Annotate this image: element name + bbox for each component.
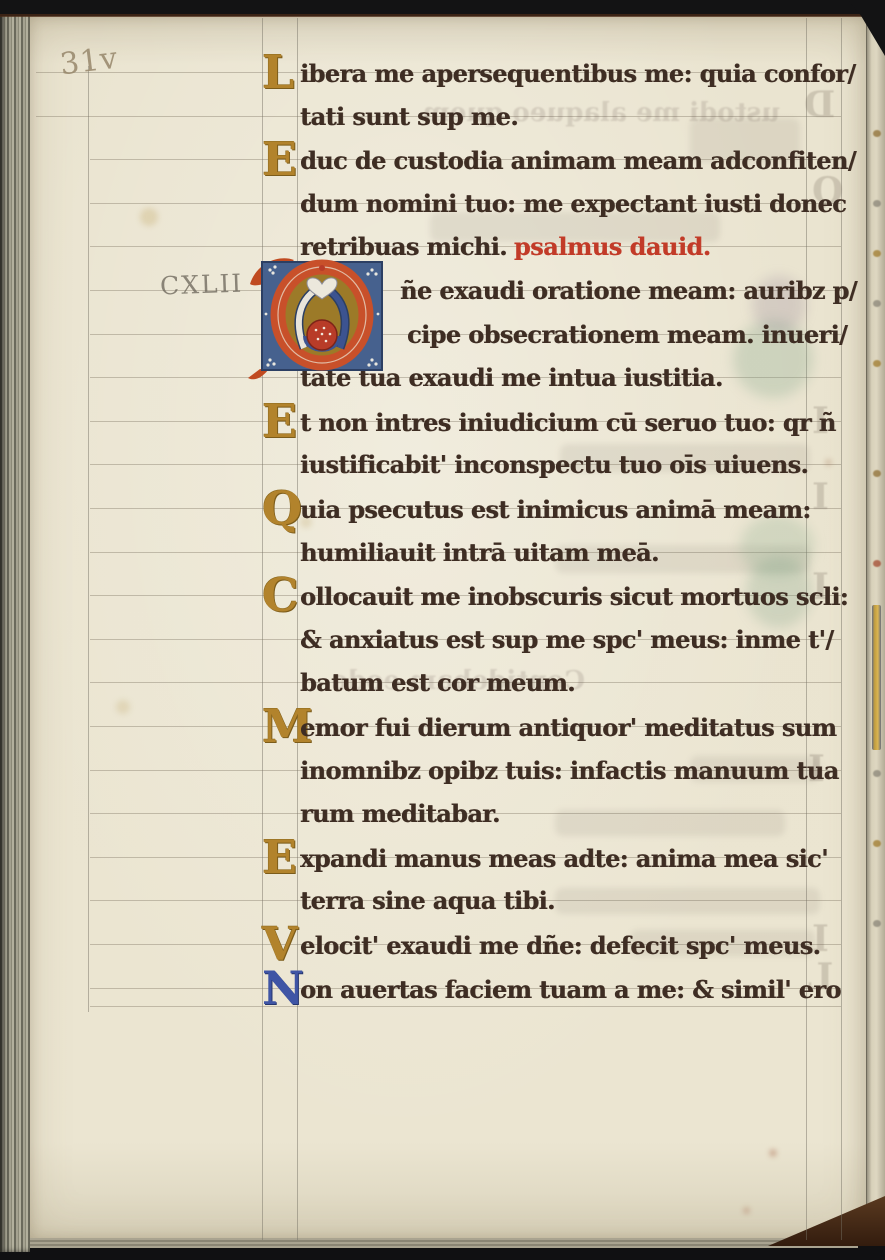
page-top-edge-shadow (0, 14, 885, 17)
verse-line: Libera me apersequentibus me: quia confo… (262, 57, 855, 99)
verse-text: & anxiatus est sup me spc' meus: inme t'… (300, 625, 833, 654)
versal-initial: Q (262, 493, 300, 523)
verse-text: inomnibz opibz tuis: infactis manuum tua (300, 756, 839, 785)
parchment-stain (140, 208, 158, 226)
versal-initial: E (262, 144, 300, 174)
fore-edge-decoration (873, 250, 881, 257)
verse-text: ollocauit me inobscuris sicut mortuos sc… (300, 582, 848, 611)
fore-edge-decoration (873, 300, 881, 307)
verse-text: ñe exaudi oratione meam: auribz p/ (400, 276, 857, 305)
verse-line: terra sine aqua tibi. (300, 885, 555, 927)
verse-line: Educ de custodia animam meam adconfiten/ (262, 144, 856, 186)
book-bottom-page-stack (30, 1238, 858, 1248)
fore-edge-decoration (873, 130, 881, 137)
verse-text: batum est cor meum. (300, 668, 575, 697)
verse-line: iustificabit' inconspectu tuo oīs uiuens… (300, 449, 808, 491)
versal-initial: M (262, 711, 300, 741)
verse-line: humiliauit intrā uitam meā. (300, 537, 659, 579)
fore-edge-decoration (873, 470, 881, 477)
verse-line: rum meditabar. (300, 798, 500, 840)
psalm-number-annotation: CXLII (160, 269, 244, 301)
verse-line: dum nomini tuo: me expectant iusti donec (300, 188, 846, 230)
versal-initial: E (262, 842, 300, 872)
versal-initial: E (262, 406, 300, 436)
verse-line: tati sunt sup me. (300, 101, 518, 143)
verse-line: Et non intres iniudicium cū seruo tuo: q… (262, 406, 836, 448)
verse-line: Non auertas faciem tuam a me: & simil' e… (262, 973, 841, 1015)
ghost-letter: I (812, 476, 829, 518)
fore-edge-decoration (873, 920, 881, 927)
verse-line: cipe obsecrationem meam. inueri/ (407, 319, 847, 361)
verse-line: & anxiatus est sup me spc' meus: inme t'… (300, 624, 833, 666)
rubric: psalmus dauid. (514, 232, 711, 261)
verse-text: tati sunt sup me. (300, 102, 518, 131)
versal-initial: L (262, 57, 300, 87)
verse-text: duc de custodia animam meam adconfiten/ (300, 146, 856, 175)
versal-initial: C (262, 580, 300, 610)
verse-line: Velocit' exaudi me dñe: defecit spc' meu… (262, 929, 820, 971)
verse-text: uia psecutus est inimicus animā meam: (300, 495, 811, 524)
verse-line: Memor fui dierum antiquor' meditatus sum (262, 711, 836, 753)
parchment-stain (116, 700, 130, 714)
parchment-stain (826, 460, 831, 465)
verse-text: dum nomini tuo: me expectant iusti donec (300, 189, 846, 218)
ruled-line-vertical (262, 18, 263, 1240)
versal-initial: N (262, 973, 300, 1003)
verse-line: Expandi manus meas adte: anima mea sic' (262, 842, 828, 884)
verse-text: xpandi manus meas adte: anima mea sic' (300, 844, 828, 873)
fore-edge-decoration (873, 200, 881, 207)
fore-edge-decoration (873, 770, 881, 777)
parchment-stain (744, 1208, 749, 1213)
verse-text: emor fui dierum antiquor' meditatus sum (300, 713, 836, 742)
next-page-gold-decoration (872, 605, 881, 750)
ruled-line-vertical (88, 66, 89, 1012)
verse-text: terra sine aqua tibi. (300, 886, 555, 915)
ghost-smudge (555, 888, 820, 914)
fore-edge-decoration (873, 840, 881, 847)
manuscript-photo: ustodi me alaqueo quemContidebam eodeDQI… (0, 0, 885, 1260)
book-left-page-stack (0, 8, 30, 1252)
verse-text: iustificabit' inconspectu tuo oīs uiuens… (300, 450, 808, 479)
ruled-line-vertical (297, 18, 298, 1240)
verse-line: ñe exaudi oratione meam: auribz p/ (400, 275, 857, 317)
verse-line: Collocauit me inobscuris sicut mortuos s… (262, 580, 848, 622)
verse-text: elocit' exaudi me dñe: defecit spc' meus… (300, 931, 820, 960)
illuminated-initial-d (248, 252, 396, 382)
versal-initial: V (262, 929, 300, 959)
verse-text: ibera me apersequentibus me: quia confor… (300, 59, 855, 88)
verse-line: inomnibz opibz tuis: infactis manuum tua (300, 755, 839, 797)
verse-text: rum meditabar. (300, 799, 500, 828)
verse-text: t non intres iniudicium cū seruo tuo: qr… (300, 408, 836, 437)
ghost-smudge (555, 810, 785, 836)
verse-line: Quia psecutus est inimicus animā meam: (262, 493, 811, 535)
verse-text: on auertas faciem tuam a me: & simil' er… (300, 975, 841, 1004)
fore-edge-decoration (873, 560, 881, 567)
fore-edge-decoration (873, 360, 881, 367)
verse-text: cipe obsecrationem meam. inueri/ (407, 320, 847, 349)
verse-text: humiliauit intrā uitam meā. (300, 538, 659, 567)
verse-line: batum est cor meum. (300, 667, 575, 709)
foliation-number: 31v (58, 41, 120, 83)
parchment-stain (770, 1150, 776, 1156)
